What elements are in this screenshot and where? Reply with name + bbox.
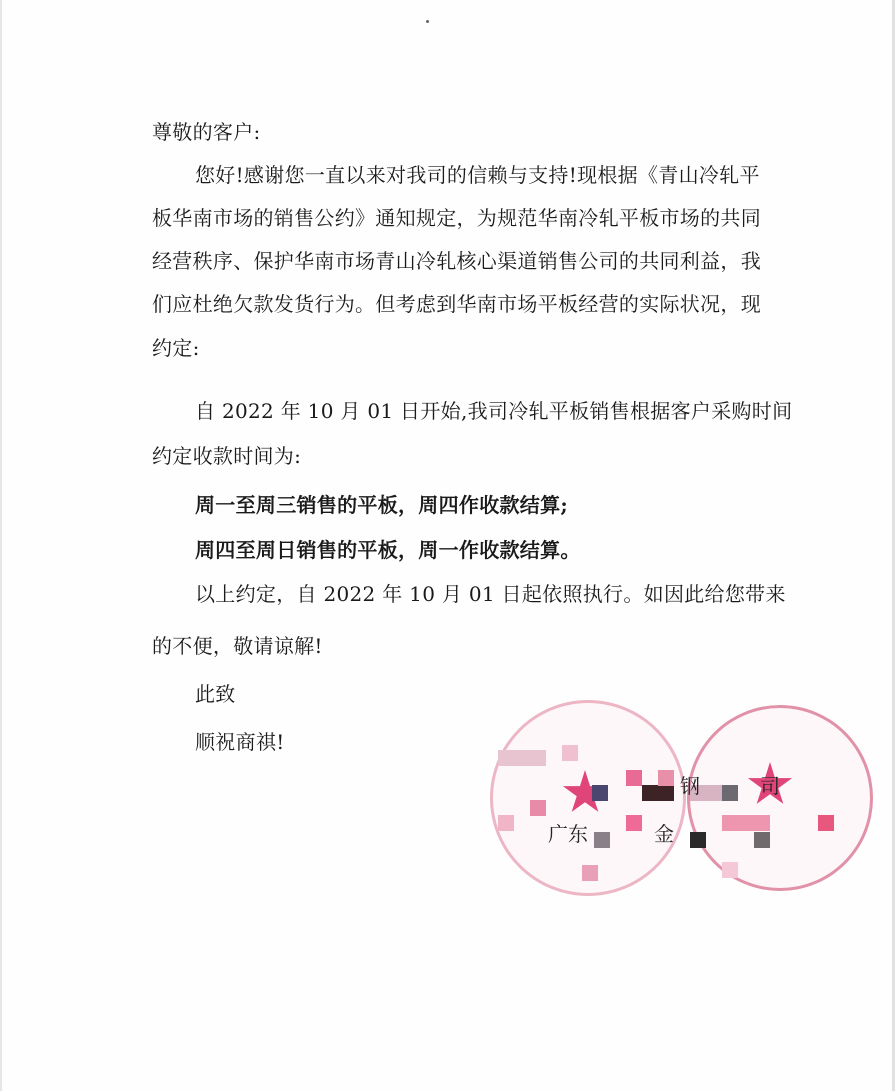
document-page: 尊敬的客户: 您好!感谢您一直以来对我司的信赖与支持!现根据《青山冷轧平 板华南…	[0, 0, 895, 1091]
paragraph-line: 板华南市场的销售公约》通知规定，为规范华南冷轧平板市场的共同	[152, 206, 761, 230]
paragraph-line: 经营秩序、保护华南市场青山冷轧核心渠道销售公司的共同利益，我	[152, 249, 761, 273]
paragraph-line: 约定收款时间为:	[152, 444, 301, 468]
sign-off-line: 顺祝商祺!	[195, 730, 285, 754]
signature-fragment: 广东	[548, 818, 588, 847]
paragraph-line: 约定:	[152, 336, 200, 360]
paragraph-line: 您好!感谢您一直以来对我司的信赖与支持!现根据《青山冷轧平	[195, 163, 760, 187]
signature-fragment: 司	[760, 770, 780, 799]
rule-line: 周四至周日销售的平板，周一作收款结算。	[195, 538, 581, 562]
rule-line: 周一至周三销售的平板，周四作收款结算;	[195, 493, 568, 517]
sign-off-line: 此致	[195, 682, 236, 706]
signature-fragment: 金	[654, 818, 674, 847]
closing-line: 的不便，敬请谅解!	[152, 634, 323, 658]
salutation: 尊敬的客户:	[152, 120, 261, 144]
closing-line: 以上约定，自 2022 年 10 月 01 日起依照执行。如因此给您带来	[195, 582, 786, 606]
paragraph-line: 自 2022 年 10 月 01 日开始,我司冷轧平板销售根据客户采购时间	[195, 399, 792, 423]
scan-speck	[426, 20, 429, 23]
signature-fragment: 钢	[680, 770, 700, 799]
paragraph-line: 们应杜绝欠款发货行为。但考虑到华南市场平板经营的实际状况，现	[152, 292, 761, 316]
